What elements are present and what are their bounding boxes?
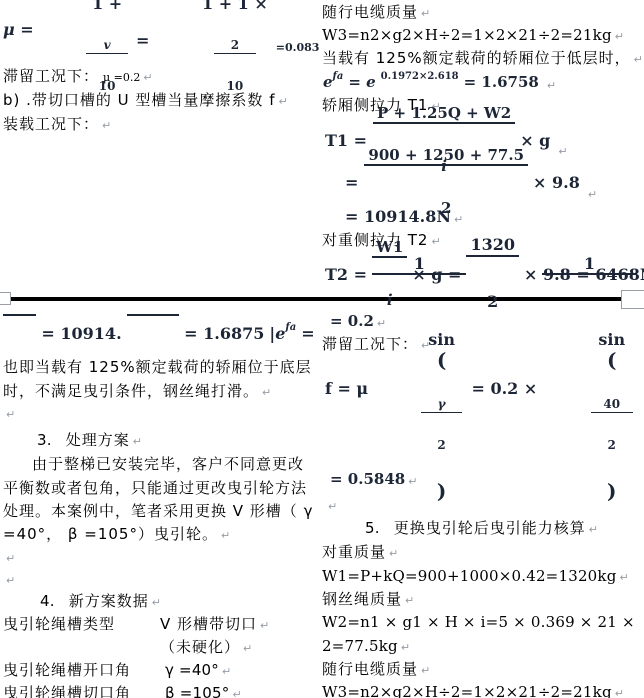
equation-text: W3=n2×g2×H÷2=1×2×21÷2=21kg — [322, 26, 612, 44]
fraction-denominator: T2 — [3, 352, 36, 353]
pilcrow-mark: ↵ — [260, 619, 269, 632]
section5-heading: 5.更换曳引轮后曳引能力核算↵ — [365, 519, 598, 539]
table-row: 曳引轮绳槽类型 — [3, 615, 115, 633]
table-row-value: β =105°↵ — [165, 684, 242, 698]
document-page: μ = 0.1 1 + v 10 = 0.1 1 + 1 × 2 10 =0.0 — [0, 0, 644, 698]
formula-superscript: fa — [285, 322, 296, 333]
load-label: 装载工况下： — [3, 115, 99, 133]
equation-text: 2=77.5kg — [322, 637, 398, 655]
cable-mass-label-2: 随行电缆质量↵ — [322, 660, 430, 680]
formula-lhs: T1 = — [325, 131, 367, 150]
fraction-numerator: 1 — [372, 255, 466, 275]
label-text: 对重质量 — [322, 543, 386, 561]
fraction: 8 6468 — [127, 313, 180, 353]
cable-mass-label: 随行电缆质量↵ — [322, 3, 430, 23]
pilcrow-mark: ↵ — [6, 574, 15, 587]
table-row-value2: （未硬化）↵ — [160, 638, 252, 658]
paragraph-text: 由于整梯已安装完毕，客户不同意更改 — [32, 455, 304, 473]
paragraph-text: 处理。本案例中，笔者采用更换 V 形槽（ γ — [3, 502, 313, 520]
item-b-line: b) .带切口槽的 U 型槽当量摩擦系数 f↵ — [3, 91, 288, 111]
fraction-denominator: sin ( 40 2 ) — [542, 312, 636, 521]
section-number: 4. — [40, 592, 55, 610]
pilcrow-mark: ↵ — [588, 188, 597, 201]
empty-paragraph: ↵ — [3, 548, 15, 568]
sin-text: sin — [598, 330, 625, 349]
open-paren: ( — [437, 348, 446, 372]
empty-paragraph: ↵ — [3, 404, 15, 424]
formula-result: =0.083 — [276, 41, 320, 54]
equals-sign: = — [345, 173, 358, 192]
formula-text: = 10914. — [41, 324, 121, 343]
formula-result: = 0.5848 — [330, 470, 405, 488]
row-value: γ =40° — [165, 661, 219, 679]
fraction-numerator: 1320 — [466, 236, 519, 256]
pilcrow-mark: ↵ — [408, 475, 417, 488]
nested-den: 2 — [591, 439, 633, 452]
pilcrow-mark: ↵ — [143, 71, 152, 84]
stay-value: μ =0.2 — [103, 71, 140, 84]
pilcrow-mark: ↵ — [262, 386, 271, 399]
label-text: 随行电缆质量 — [322, 3, 418, 21]
stay-condition-line: 滞留工况下：μ =0.2↵ — [3, 67, 153, 87]
fraction: 1320 2 — [466, 199, 519, 348]
equation-text: W3=n2×g2×H÷2=1×2×21÷2=21kg — [322, 683, 612, 698]
formula-result: = 0.2 — [330, 312, 374, 330]
stay-label: 滞留工况下： — [3, 67, 99, 85]
nested-fraction: 40 2 — [591, 372, 633, 479]
formula-text: = 1.6875 — [184, 324, 264, 343]
fraction: 0.1 1 + v 10 — [38, 0, 132, 176]
formula-result: = 1.6758 — [301, 324, 322, 343]
formula-superscript: fa — [333, 71, 344, 82]
fraction: 1 sin ( γ 2 ) — [372, 218, 466, 558]
page-break-handle-left — [0, 292, 11, 305]
pilcrow-mark: ↵ — [222, 665, 231, 678]
nested-num: 2 — [214, 39, 256, 53]
fraction-denominator: 6468 — [127, 352, 180, 353]
fraction-numerator: T1 — [3, 313, 36, 316]
formula-mu: μ = 0.1 1 + v 10 = 0.1 1 + 1 × 2 10 =0.0 — [3, 2, 319, 56]
item-b-text: b) .带切口槽的 U 型槽当量摩擦系数 f — [3, 91, 275, 109]
formula-mu-lhs: μ = — [3, 20, 34, 39]
fraction: 0.1 1 + 1 × 2 10 — [153, 0, 271, 176]
formula-lhs: f = μ — [325, 379, 368, 398]
section4-heading: 4.新方案数据↵ — [40, 592, 161, 612]
load-condition-line: 装载工况下：↵ — [3, 115, 111, 135]
conclusion-text: 也即当载有 125%额定载荷的轿厢位于底层 — [3, 358, 312, 376]
row-value: （未硬化） — [160, 638, 240, 656]
pilcrow-mark: ↵ — [401, 641, 410, 654]
fraction-numerator: 8 — [127, 313, 180, 316]
pilcrow-mark: ↵ — [421, 7, 430, 20]
pilcrow-mark: ↵ — [547, 79, 556, 92]
conclusion-line-1: 也即当载有 125%额定载荷的轿厢位于底层 — [3, 358, 312, 376]
load125-line: 当载有 125%额定载荷的轿厢位于低层时，↵ — [322, 49, 643, 69]
fraction-numerator: 900 + 1250 + 77.5 — [364, 147, 528, 166]
w1-equation: W1=P+kQ=900+1000×0.42=1320kg↵ — [322, 567, 629, 587]
page-break-line — [8, 297, 622, 301]
empty-paragraph: ↵ — [325, 496, 337, 516]
den-text: 1 + 1 × — [202, 0, 268, 13]
pilcrow-mark: ↵ — [278, 95, 287, 108]
close-paren: ) — [607, 479, 616, 503]
pilcrow-mark: ↵ — [615, 687, 624, 698]
formula-lhs: T2 = — [325, 265, 367, 284]
pilcrow-mark: ↵ — [6, 552, 15, 565]
open-paren: ( — [607, 348, 616, 372]
w2-equation-line1: W2=n1 × g1 × H × i=5 × 0.369 × 21 × — [322, 613, 635, 631]
pilcrow-mark: ↵ — [232, 688, 241, 698]
pilcrow-mark: ↵ — [634, 53, 643, 66]
paragraph-line: 处理。本案例中，笔者采用更换 V 形槽（ γ — [3, 502, 313, 520]
table-row-value: V 形槽带切口↵ — [160, 615, 269, 635]
section-number: 3. — [37, 431, 52, 449]
row-label: 曳引轮绳槽切口角 — [3, 684, 131, 698]
section-title: 处理方案 — [66, 431, 130, 449]
sin-text: sin — [428, 330, 455, 349]
conclusion-text: 时，不满足曳引条件，钢丝绳打滑。 — [3, 382, 259, 400]
close-paren: ) — [437, 479, 446, 503]
section3-heading: 3.处理方案↵ — [37, 431, 142, 451]
nested-num: 40 — [591, 398, 633, 412]
pilcrow-mark: ↵ — [6, 408, 15, 421]
nested-den: 2 — [421, 439, 463, 452]
formula-eq05848: = 0.5848 ↵ — [330, 470, 417, 488]
formula-f: f = μ 1 sin ( γ 2 ) = 0.2 × 1 sin ( 40 2 — [325, 363, 637, 413]
pilcrow-mark: ↵ — [221, 529, 230, 542]
formula-text: = e — [348, 73, 375, 91]
paragraph-line: =40°， β =105°）曳引轮。↵ — [3, 525, 230, 545]
fraction-denominator: sin ( γ 2 ) — [372, 312, 466, 521]
pilcrow-mark: ↵ — [243, 642, 252, 655]
pilcrow-mark: ↵ — [421, 664, 430, 677]
nested-fraction: γ 2 — [421, 372, 463, 479]
table-row: 曳引轮绳槽开口角 — [3, 661, 131, 679]
w3-equation-2: W3=n2×g2×H÷2=1×2×21÷2=21kg↵ — [322, 683, 624, 698]
equals-sign: = — [136, 31, 149, 50]
fraction: 1 sin ( 40 2 ) — [542, 218, 636, 558]
counterweight-label: 对重质量↵ — [322, 543, 398, 563]
pilcrow-mark: ↵ — [133, 435, 142, 448]
row-value: β =105° — [165, 684, 229, 698]
equation-text: W2=n1 × g1 × H × i=5 × 0.369 × 21 × — [322, 613, 635, 631]
pilcrow-mark: ↵ — [589, 523, 598, 536]
section-title: 新方案数据 — [69, 592, 149, 610]
formula-t1-line2: = 900 + 1250 + 77.5 2 × 9.8 ↵ — [345, 163, 597, 201]
table-row: 曳引轮绳槽切口角 — [3, 684, 131, 698]
paragraph-text: =40°， β =105°）曳引轮。 — [3, 525, 218, 543]
formula-text: = 0.2 × — [471, 379, 537, 398]
label-text: 随行电缆质量 — [322, 660, 418, 678]
fraction-denominator: 1 + 1 × 2 10 — [153, 0, 271, 139]
empty-paragraph: ↵ — [3, 570, 15, 590]
paragraph-text: 平衡数或者包角，只能通过更改曳引轮方法 — [3, 479, 307, 497]
w2-equation-line2: 2=77.5kg↵ — [322, 637, 410, 657]
formula-text: × 9.8 — [533, 173, 580, 192]
den-text: 1 + — [92, 0, 122, 13]
formula-e: e — [323, 73, 333, 91]
pilcrow-mark: ↵ — [405, 594, 414, 607]
body-text: 当载有 125%额定载荷的轿厢位于低层时， — [322, 49, 631, 67]
pilcrow-mark: ↵ — [152, 596, 161, 609]
paragraph-line: 由于整梯已安装完毕，客户不同意更改 — [32, 455, 304, 473]
paragraph-line: 平衡数或者包角，只能通过更改曳引轮方法 — [3, 479, 307, 497]
pilcrow-mark: ↵ — [102, 119, 111, 132]
pilcrow-mark: ↵ — [328, 500, 337, 513]
fraction: T1 T2 — [3, 313, 36, 353]
nested-num: v — [86, 39, 128, 53]
nested-num: γ — [421, 398, 463, 412]
rope-mass-label: 钢丝绳质量↵ — [322, 590, 414, 610]
section-number: 5. — [365, 519, 380, 537]
row-label: 曳引轮绳槽类型 — [3, 615, 115, 633]
pilcrow-mark: ↵ — [558, 145, 567, 158]
conclusion-line-2: 时，不满足曳引条件，钢丝绳打滑。↵ — [3, 382, 271, 402]
fraction-numerator: 1 — [542, 255, 636, 275]
row-value: V 形槽带切口 — [160, 615, 257, 633]
formula-e: e — [275, 324, 285, 343]
pilcrow-mark: ↵ — [620, 571, 629, 584]
equation-text: W1=P+kQ=900+1000×0.42=1320kg — [322, 567, 617, 585]
w3-equation: W3=n2×g2×H÷2=1×2×21÷2=21kg↵ — [322, 26, 624, 46]
row-label: 曳引轮绳槽开口角 — [3, 661, 131, 679]
pilcrow-mark: ↵ — [389, 547, 398, 560]
fraction-denominator: 2 — [466, 293, 519, 311]
section-title: 更换曳引轮后曳引能力核算 — [394, 519, 586, 537]
table-row-value: γ =40°↵ — [165, 661, 231, 681]
pilcrow-mark: ↵ — [615, 30, 624, 43]
formula-t1t2: T1 T2 = 10914. 8 6468 = 1.6875 | e fa = … — [3, 313, 322, 353]
label-text: 钢丝绳质量 — [322, 590, 402, 608]
